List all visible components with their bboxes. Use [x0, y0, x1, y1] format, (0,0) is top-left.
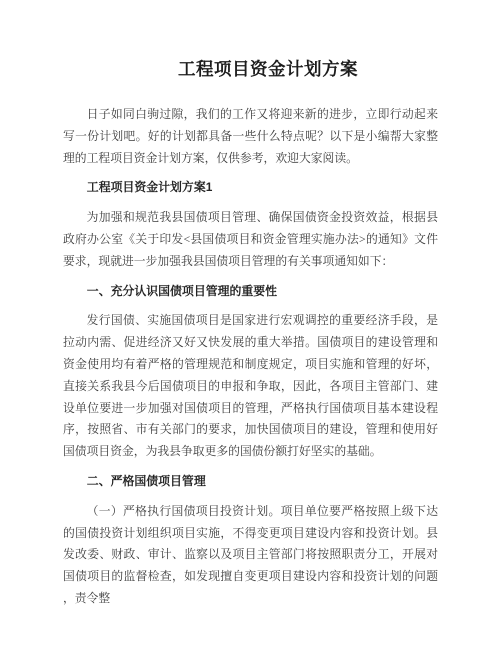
- paragraph-section-2: （一）严格执行国债项目投资计划。项目单位要严格按照上级下达的国债投资计划组织项目…: [63, 501, 438, 610]
- subtitle-heading: 工程项目资金计划方案1: [63, 177, 438, 199]
- document-page: 工程项目资金计划方案 日子如同白驹过隙，我们的工作又将迎来新的进步，立即行动起来…: [0, 0, 500, 647]
- paragraph-notice: 为加强和规范我县国债项目管理、确保国债资金投资效益，根据县政府办公室《关于印发<…: [63, 207, 438, 272]
- intro-paragraph: 日子如同白驹过隙，我们的工作又将迎来新的进步，立即行动起来写一份计划吧。好的计划…: [63, 104, 438, 169]
- document-title: 工程项目资金计划方案: [63, 56, 438, 82]
- section-1-heading: 一、充分认识国债项目管理的重要性: [63, 281, 438, 303]
- paragraph-section-1: 发行国债、实施国债项目是国家进行宏观调控的重要经济手段，是拉动内需、促进经济又好…: [63, 310, 438, 463]
- section-2-heading: 二、严格国债项目管理: [63, 471, 438, 493]
